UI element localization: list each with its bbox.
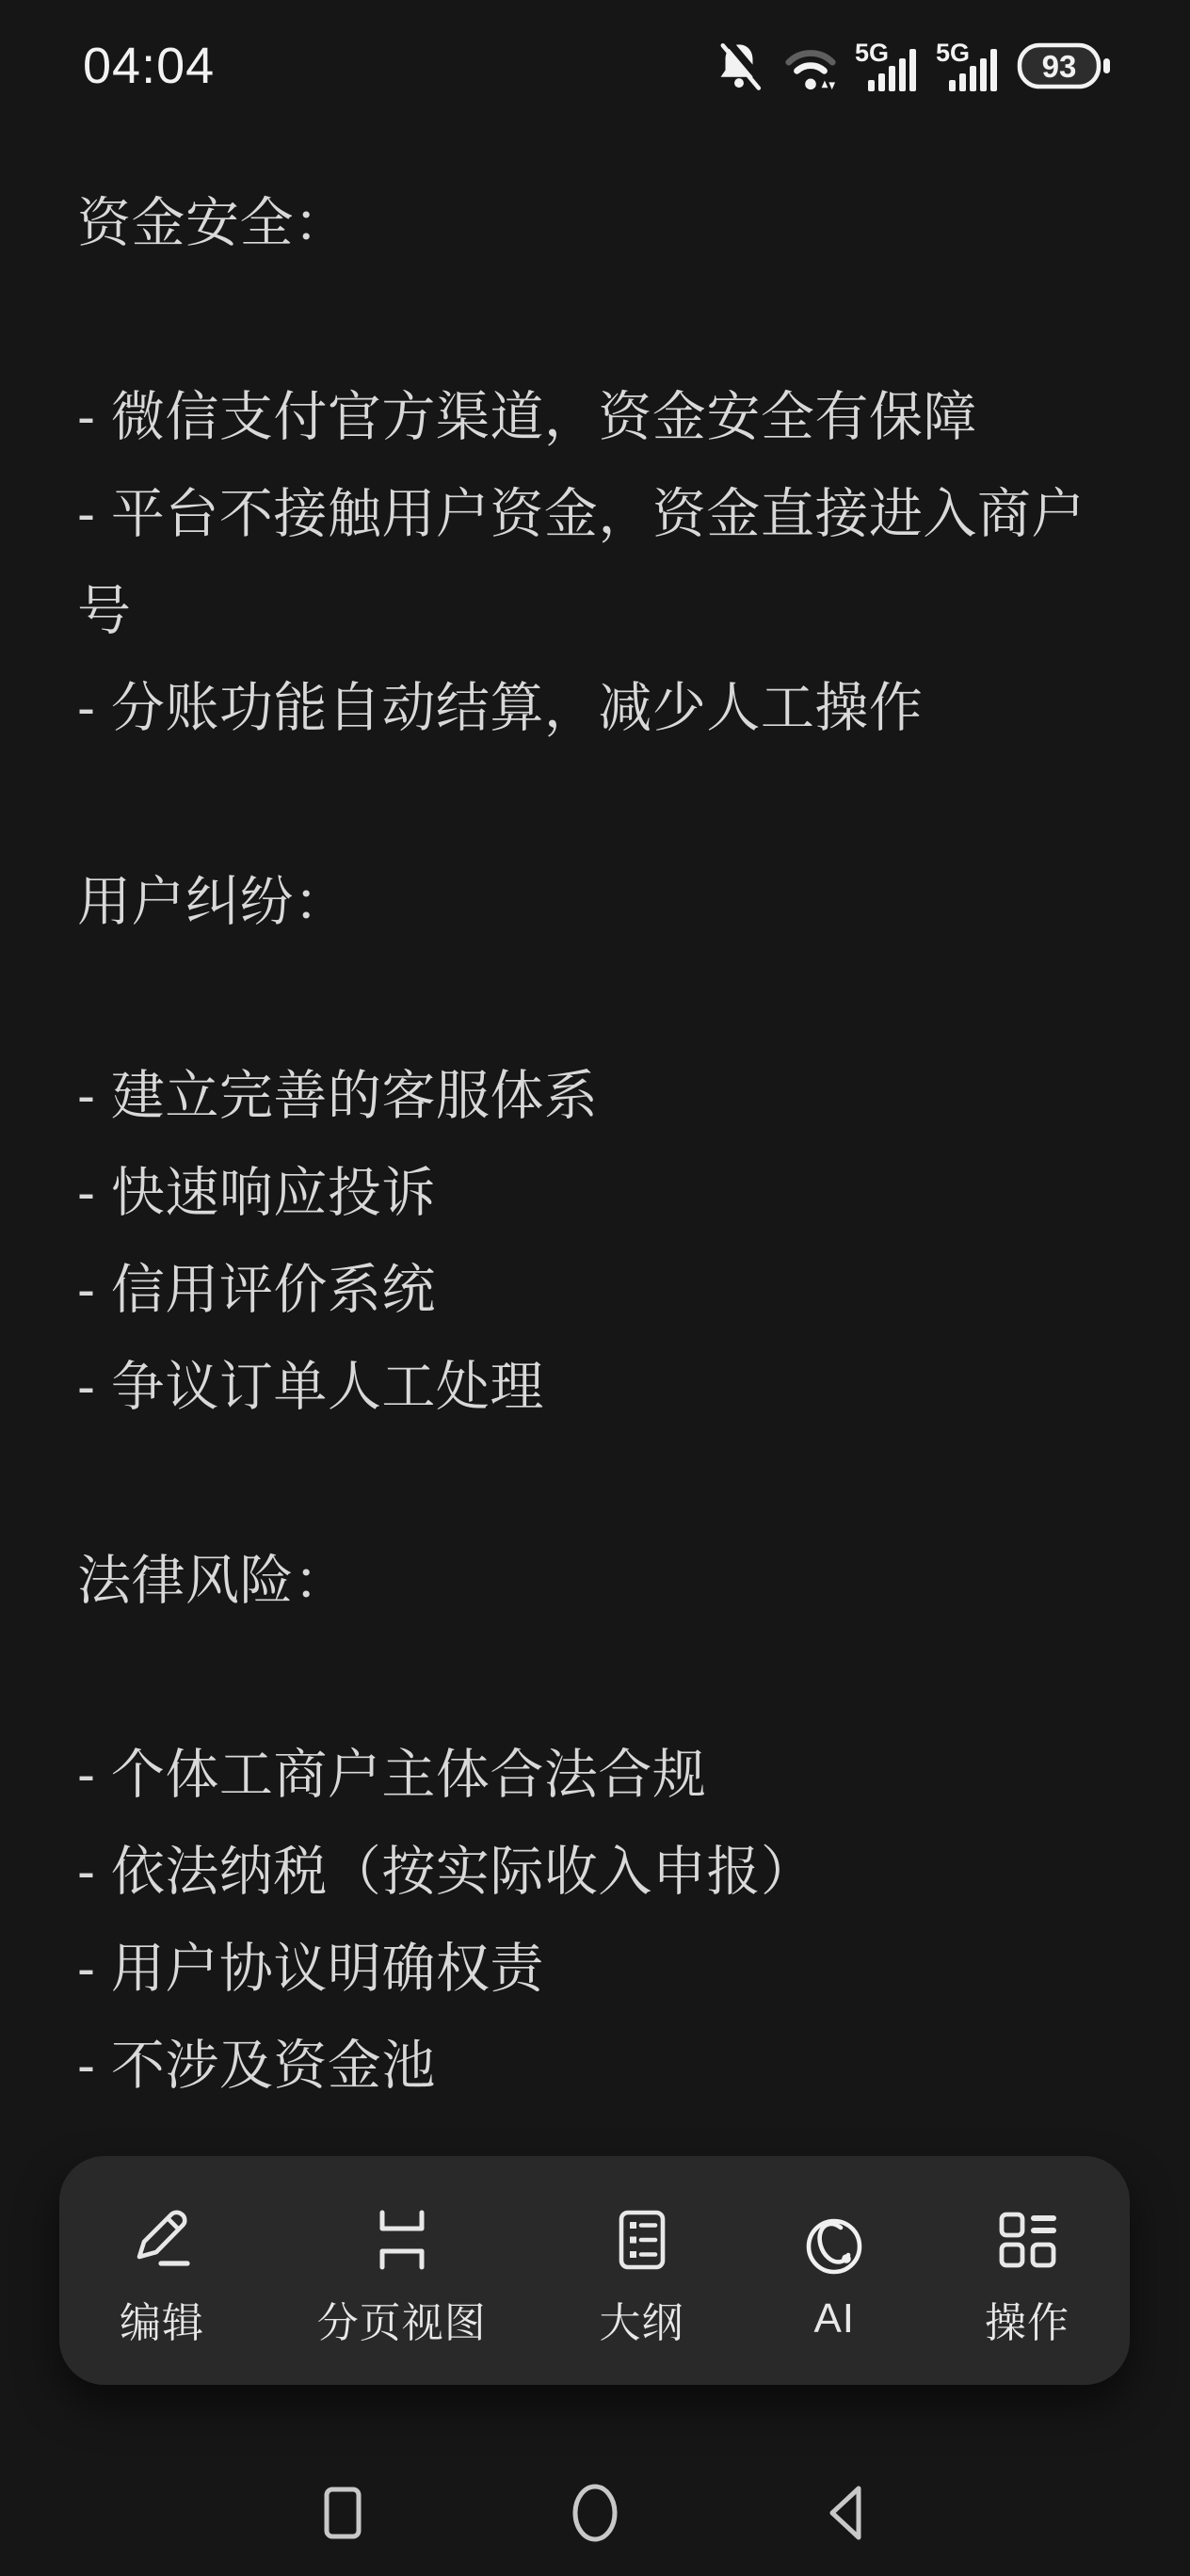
doc-empty-line — [77, 951, 1113, 1048]
doc-empty-line — [77, 1630, 1113, 1727]
doc-empty-line — [77, 272, 1113, 369]
wifi-icon — [781, 39, 840, 93]
pencil-icon — [124, 2202, 200, 2278]
doc-paragraph: - 平台不接触用户资金，资金直接进入商户号 — [77, 466, 1113, 660]
toolbar-item-label: 编辑 — [120, 2289, 204, 2349]
document-body[interactable]: 资金安全： - 微信支付官方渠道，资金安全有保障- 平台不接触用户资金，资金直接… — [0, 122, 1190, 2115]
doc-empty-line — [77, 757, 1113, 854]
back-triangle-icon[interactable] — [817, 2483, 877, 2543]
mute-bell-icon — [712, 39, 766, 93]
phone-screen: 04:04 — [0, 0, 1190, 2576]
actions-grid-icon — [989, 2202, 1065, 2278]
status-bar: 04:04 — [0, 0, 1190, 122]
doc-paragraph: - 快速响应投诉 — [77, 1145, 1113, 1242]
doc-paragraph: 用户纠纷： — [77, 854, 1113, 951]
home-circle-icon[interactable] — [565, 2483, 625, 2543]
doc-paragraph: 资金安全： — [77, 175, 1113, 272]
page-view-button[interactable]: 分页视图 — [317, 2202, 487, 2349]
editor-toolbar: 编辑 分页视图 — [59, 2156, 1130, 2385]
battery-percent-label: 93 — [1042, 49, 1077, 84]
outline-icon — [604, 2202, 680, 2278]
recents-square-icon[interactable] — [313, 2483, 373, 2543]
actions-button[interactable]: 操作 — [985, 2202, 1069, 2349]
doc-paragraph: - 微信支付官方渠道，资金安全有保障 — [77, 369, 1113, 466]
android-nav-bar — [0, 2416, 1190, 2576]
doc-paragraph: - 分账功能自动结算，减少人工操作 — [77, 660, 1113, 757]
network-type-label: 5G — [936, 39, 970, 67]
signal-5g-icon: 5G — [936, 39, 1002, 93]
toolbar-item-label: 操作 — [985, 2289, 1069, 2349]
battery-icon: 93 — [1017, 39, 1111, 93]
doc-empty-line — [77, 1436, 1113, 1533]
doc-paragraph: - 争议订单人工处理 — [77, 1339, 1113, 1436]
toolbar-item-label: AI — [813, 2295, 855, 2343]
doc-paragraph: - 依法纳税（按实际收入申报） — [77, 1824, 1113, 1921]
toolbar-item-label: 分页视图 — [317, 2289, 487, 2349]
doc-paragraph: - 信用评价系统 — [77, 1242, 1113, 1339]
status-icons: 5G 5G — [712, 39, 1111, 93]
doc-paragraph: - 用户协议明确权责 — [77, 1921, 1113, 2018]
doc-paragraph: - 建立完善的客服体系 — [77, 1048, 1113, 1145]
doc-paragraph: - 不涉及资金池 — [77, 2018, 1113, 2115]
doc-paragraph: - 个体工商户主体合法合规 — [77, 1727, 1113, 1824]
edit-button[interactable]: 编辑 — [120, 2202, 204, 2349]
ai-icon — [796, 2209, 872, 2284]
outline-button[interactable]: 大纲 — [600, 2202, 684, 2349]
clock: 04:04 — [83, 37, 215, 95]
page-view-icon — [364, 2202, 440, 2278]
doc-paragraph: 法律风险： — [77, 1533, 1113, 1630]
signal-5g-icon: 5G — [855, 39, 921, 93]
ai-button[interactable]: AI — [796, 2209, 872, 2343]
toolbar-item-label: 大纲 — [600, 2289, 684, 2349]
network-type-label: 5G — [855, 39, 889, 67]
